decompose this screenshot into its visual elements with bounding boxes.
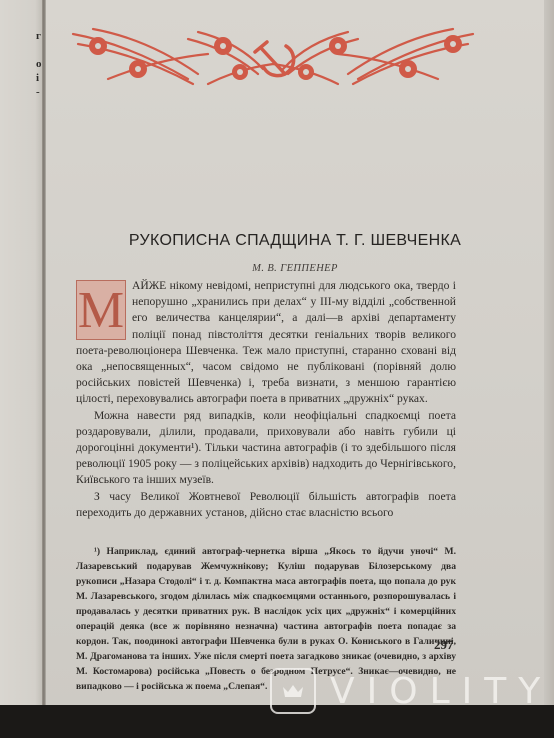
article-title: РУКОПИСНА СПАДЩИНА Т. Г. ШЕВЧЕНКА <box>46 232 544 250</box>
left-page-fragment: г <box>36 30 41 42</box>
drop-cap-letter: М <box>77 285 125 337</box>
book-page: РУКОПИСНА СПАДЩИНА Т. Г. ШЕВЧЕНКА М. В. … <box>46 0 544 712</box>
left-page-fragment: - <box>36 86 40 98</box>
paragraph: АЙЖЕ нікому невідомі, неприступні для лю… <box>76 278 456 408</box>
floral-ornament-icon <box>68 24 478 90</box>
article-author: М. В. ГЕППЕНЕР <box>46 263 544 274</box>
left-page-fragment: о <box>36 58 42 70</box>
left-page-fragment: і <box>36 72 39 84</box>
previous-page-edge: г о і - <box>0 0 44 712</box>
paragraph: З часу Великої Жовтневої Революції більш… <box>76 489 456 521</box>
watermark-text: VIOLITY <box>330 671 552 712</box>
paragraph: Можна навести ряд випадків, коли неофіці… <box>76 408 456 489</box>
article-body: М АЙЖЕ нікому невідомі, неприступні для … <box>76 278 456 521</box>
page-edge <box>544 0 554 712</box>
page-number: 297 <box>434 637 454 653</box>
watermark: VIOLITY <box>270 668 552 714</box>
crown-icon <box>270 668 316 714</box>
drop-cap: М <box>76 280 126 340</box>
